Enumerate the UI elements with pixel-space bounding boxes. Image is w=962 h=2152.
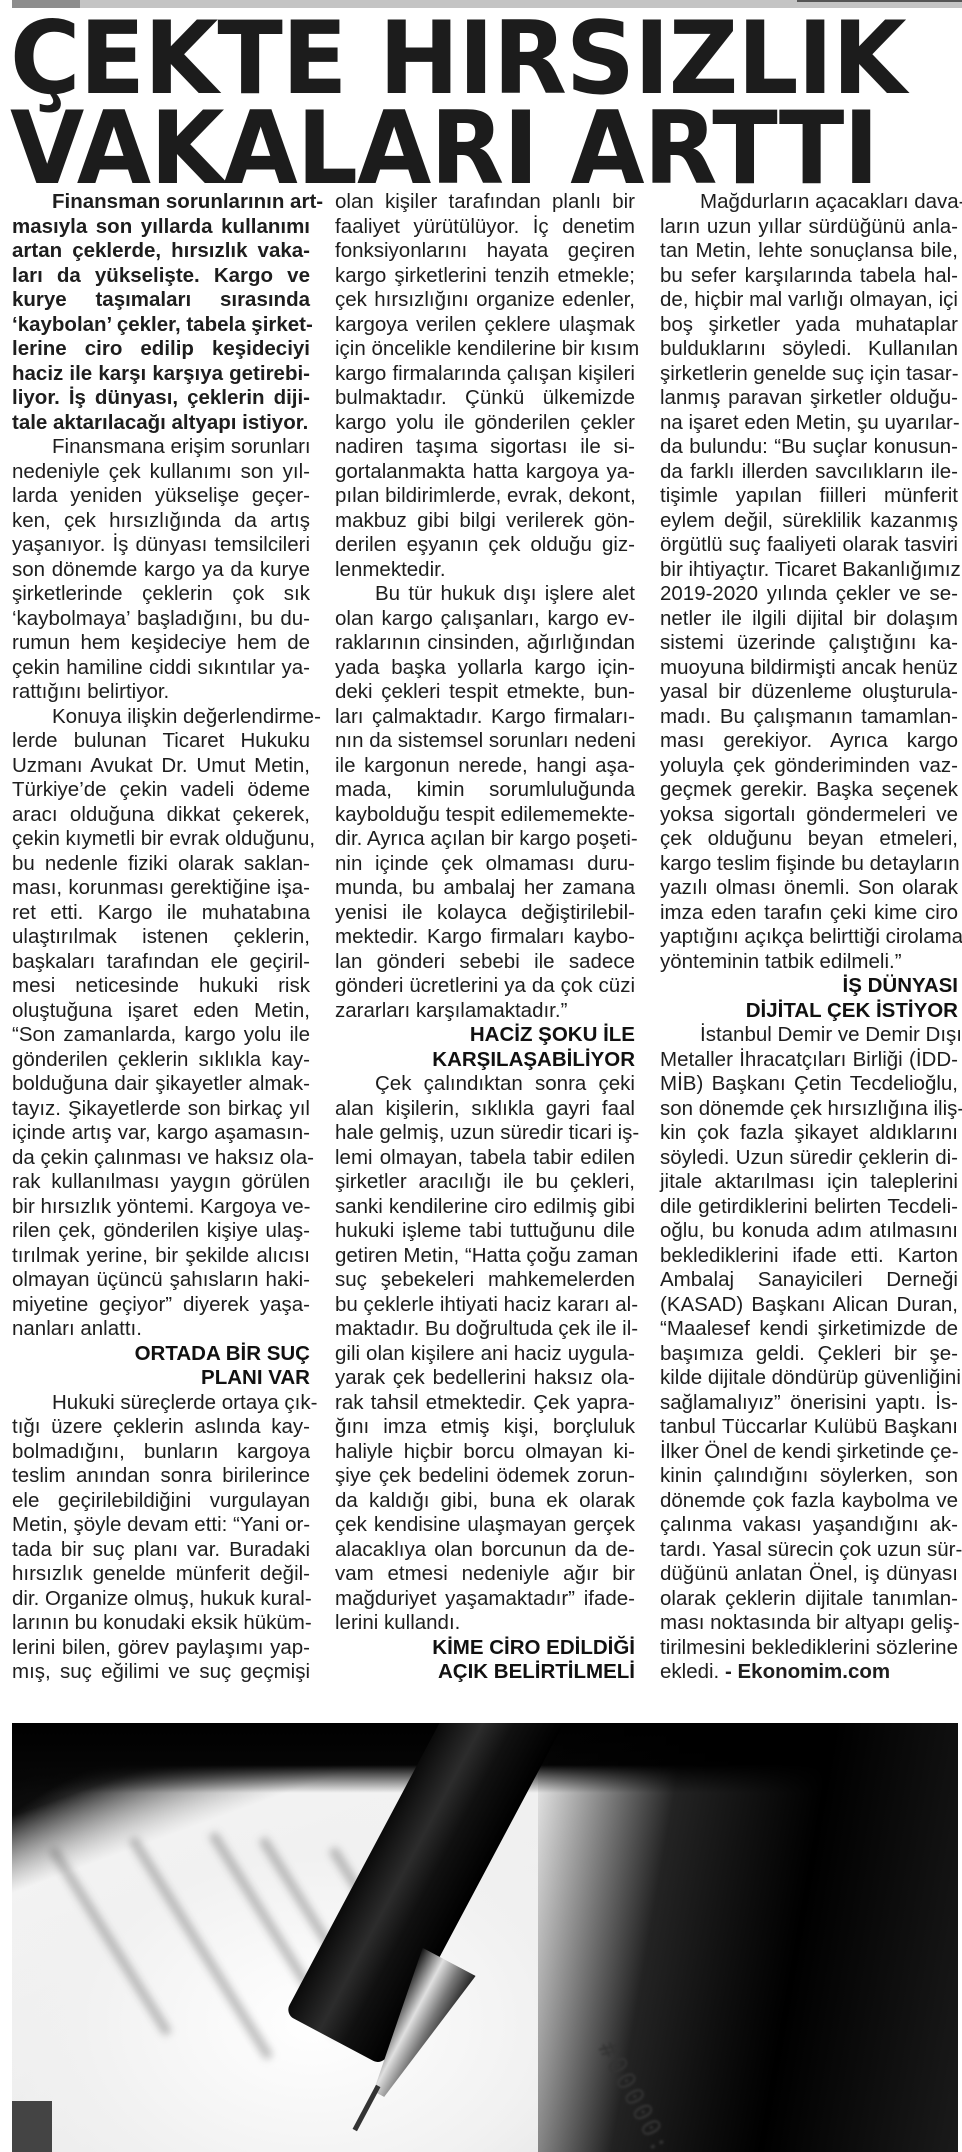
article-column-1: Finansman sorunlarının art-masıyla son y… [12, 190, 310, 1685]
text-line: İlker Önel de kendi şirketinde çe- [660, 1440, 958, 1465]
text-line: tişimle yapılan fiilleri münferit [660, 484, 958, 509]
paragraph: Bu tür hukuk dışı işlere aletolan kargo … [335, 582, 635, 1023]
text-line: rumun hem keşideciye hem de [12, 631, 310, 656]
text-line: çek kendisine ulaşmayan gerçek [335, 1513, 635, 1538]
text-line: da çekin çalınması ve haksız ola- [12, 1146, 310, 1171]
text-line: raklarının cinsinden, ağırlığından [335, 631, 635, 656]
paragraph: Çek çalındıktan sonra çekialan kişilerin… [335, 1072, 635, 1636]
text-line: munda, bu ambalaj her zamana [335, 876, 635, 901]
text-line: rattığını belirtiyor. [12, 680, 310, 705]
text-line: ele geçirilebildiğini vurgulayan [12, 1489, 310, 1514]
text-line: yaptığını açıkça belirttiği cirolama [660, 925, 958, 950]
text-line: getiren Metin, “Hatta çoğu zaman [335, 1244, 635, 1269]
text-line: larda yeniden yükselişe geçer- [12, 484, 310, 509]
text-line: çekin kıymetli bir evrak olduğunu, [12, 827, 310, 852]
subheading-line: KARŞILAŞABİLİYOR [335, 1048, 635, 1073]
text-line: faaliyet yürütülüyor. İç denetim [335, 215, 635, 240]
text-line: sağlamalıyız” önerisini yaptı. İs- [660, 1391, 958, 1416]
text-line: kurye taşımaları sırasında [12, 288, 310, 313]
text-line: bulmaktadır. Çünkü ülkemizde [335, 386, 635, 411]
photo-dark-right [538, 1723, 958, 2152]
text-line: “Maalesef kendi şirketimizde de [660, 1317, 958, 1342]
text-line: bolmadığını, bunların kargoya [12, 1440, 310, 1465]
text-line: İstanbul Demir ve Demir Dışı [660, 1023, 958, 1048]
text-line: bu nedenle fiziki olarak saklan- [12, 852, 310, 877]
text-line: alacaklıya olan borcunun da de- [335, 1538, 635, 1563]
text-line: kargoya verilen çeklere ulaşmak [335, 313, 635, 338]
text-line: kilde dijitale döndürüp güvenliğini [660, 1366, 958, 1391]
text-line: kaybolduğu tespit edilememekte- [335, 803, 635, 828]
text-line: tırılmak yerine, bir şekilde alıcısı [12, 1244, 310, 1269]
text-line: mektedir. Kargo firmaları kaybo- [335, 925, 635, 950]
text-line: tardı. Yasal sürecin çok uzun sür- [660, 1538, 958, 1563]
text-line: masıyla son yıllarda kullanımı [12, 215, 310, 240]
text-line: dile getirdiklerini belirten Tecdeli- [660, 1195, 958, 1220]
text-line: şiye çek bedelini ödemek zorun- [335, 1464, 635, 1489]
text-line: ‘kaybolan’ çekler, tabela şirket- [12, 313, 310, 338]
text-line: lenmektedir. [335, 558, 635, 583]
text-line: ması, korunması gerektiğine işa- [12, 876, 310, 901]
text-line: tanbul Tüccarlar Kulübü Başkanı [660, 1415, 958, 1440]
text-line: dir. Organize olmuş, hukuk kural- [12, 1587, 310, 1612]
text-line: Uzmanı Avukat Dr. Umut Metin, [12, 754, 310, 779]
text-line: MİB) Başkanı Çetin Tecdelioğlu, [660, 1072, 958, 1097]
text-line: hale gelmiş, uzun süredir ticari iş- [335, 1121, 635, 1146]
subheading-line: İŞ DÜNYASI [660, 974, 958, 999]
text-line: Metaller İhracatçıları Birliği (İDD- [660, 1048, 958, 1073]
text-line: “Son zamanlarda, kargo yolu ile [12, 1023, 310, 1048]
text-line: nin içinde çek olmaması duru- [335, 852, 635, 877]
text-line: yazılı olması önemli. Son olarak [660, 876, 958, 901]
text-line: ken, çek hırsızlığında da artış [12, 509, 310, 534]
subheading-line: HACİZ ŞOKU İLE [335, 1023, 635, 1048]
text-line: ret etti. Kargo ile muhatabına [12, 901, 310, 926]
text-line: başımıza geldi. Çekleri bir şe- [660, 1342, 958, 1367]
text-line: söyledi. Uzun süredir çeklerin di- [660, 1146, 958, 1171]
text-line: şirketlerin genelde suç için tasar- [660, 362, 958, 387]
text-line: lerini kullandı. [335, 1611, 635, 1636]
text-line: bu sefer karşılarında tabela hal- [660, 264, 958, 289]
text-line: maktadır. Bu doğrultuda çek ile il- [335, 1317, 635, 1342]
text-line: nın da sistemsel sorunları nedeni [335, 729, 635, 754]
text-line: gönderi ücretlerini ya da çok cüzi [335, 974, 635, 999]
text-line: fonksiyonlarını hayata geçiren [335, 239, 635, 264]
text-line: yoksa sigortalı göndermeleri ve [660, 803, 958, 828]
text-line: hırsızlık genelde münferit değil- [12, 1562, 310, 1587]
text-line: Konuya ilişkin değerlendirme- [12, 705, 310, 730]
text-line: da farklı illerden savcılıkların ile- [660, 460, 958, 485]
text-line: lerine ciro edilip keşideciyi [12, 337, 310, 362]
text-line: lan gönderi sebebi ile sadece [335, 950, 635, 975]
text-line: nadiren taşıma sigortası ile si- [335, 435, 635, 460]
text-line: olarak çeklerin dijitale tanımlan- [660, 1587, 958, 1612]
text-line: ile kargonun nerede, hangi aşa- [335, 754, 635, 779]
subheading-line: DİJİTAL ÇEK İSTİYOR [660, 999, 958, 1024]
text-line: tirilmesini beklediklerini sözlerine [660, 1636, 958, 1661]
text-line: tada bir suç planı var. Buradaki [12, 1538, 310, 1563]
text-line: çekin hamiline ciddi sıkıntılar ya- [12, 656, 310, 681]
text-line: sanki kendilerine ciro edilmiş gibi [335, 1195, 635, 1220]
text-line: gönderilen çeklerin sıklıkla kay- [12, 1048, 310, 1073]
text-line: muoyuna bildirmişti ancak henüz [660, 656, 958, 681]
photo-blur-text [128, 1835, 274, 2061]
text-line: ulaştırılmak istenen çeklerin, [12, 925, 310, 950]
text-line: Bu tür hukuk dışı işlere alet [335, 582, 635, 607]
text-line: rak tahsil etmektedir. Çek yapra- [335, 1391, 635, 1416]
text-line: mada, kimin sorumluluğunda [335, 778, 635, 803]
text-line: da kaldığı gibi, buna ek olarak [335, 1489, 635, 1514]
text-line: için öncelikle kendilerine bir kısım [335, 337, 635, 362]
text-line: rilen çek, gönderilen kişiye ulaş- [12, 1219, 310, 1244]
text-line: yasal bir düzenleme oluşturula- [660, 680, 958, 705]
text-line: çek hırsızlığını organize edenler, [335, 288, 635, 313]
closing-text: ekledi. [660, 1660, 719, 1683]
subheading-line: PLANI VAR [12, 1366, 310, 1391]
text-line: şirketlerinde çeklerin çok sık [12, 582, 310, 607]
text-line: dir. Ayrıca açılan bir kargo poşeti- [335, 827, 635, 852]
text-line: madı. Bu çalışmanın tamamlan- [660, 705, 958, 730]
article-column-3: Mağdurların açacakları dava-ların uzun y… [660, 190, 958, 1685]
text-line: içinde artış var, kargo aşamasın- [12, 1121, 310, 1146]
text-line: makbuz gibi bilgi verilerek gön- [335, 509, 635, 534]
text-line: haciz ile karşı karşıya getirebi- [12, 362, 310, 387]
text-line: ları da yükselişte. Kargo ve [12, 264, 310, 289]
text-line: larının bu konudaki eksik hüküm- [12, 1611, 310, 1636]
text-line: mış, suç eğilimi ve suç geçmişi [12, 1660, 310, 1685]
text-line: teslim anından sonra birilerince [12, 1464, 310, 1489]
text-line: yönteminin tatbik edilmeli.” [660, 950, 958, 975]
lead-paragraph: Finansman sorunlarının art-masıyla son y… [12, 190, 310, 435]
text-line: Finansmana erişim sorunları [12, 435, 310, 460]
text-line: son dönemde kargo ya da kurye [12, 558, 310, 583]
text-line: liyor. İş dünyası, çeklerin diji- [12, 386, 310, 411]
text-line: aracı olduğuna dikkat çekerek, [12, 803, 310, 828]
text-line: deki çekleri tespit etmekte, bun- [335, 680, 635, 705]
text-line: yada başka yollarla kargo için- [335, 656, 635, 681]
text-line: suç şebekeleri mahkemelerden [335, 1268, 635, 1293]
text-line: yoluyla çek gönderiminden vaz- [660, 754, 958, 779]
text-line: nanları anlattı. [12, 1317, 310, 1342]
text-line: vam etmesi nedeniyle ağır bir [335, 1562, 635, 1587]
text-line: da bulundu: “Bu suçlar konusun- [660, 435, 958, 460]
paragraph: Mağdurların açacakları dava-ların uzun y… [660, 190, 958, 974]
text-line: yarak çek bedellerini haksız ola- [335, 1366, 635, 1391]
text-line: ğını imza etmiş kişi, borçluluk [335, 1415, 635, 1440]
paragraph: olan kişiler tarafından planlı birfaaliy… [335, 190, 635, 582]
text-line: olan kargo çalışanları, kargo ev- [335, 607, 635, 632]
subheading-line: ORTADA BİR SUÇ [12, 1342, 310, 1367]
text-line: ların uzun yıllar sürdüğünü anla- [660, 215, 958, 240]
text-line: olan kişiler tarafından planlı bir [335, 190, 635, 215]
text-line: de, hiçbir mal varlığı olmayan, içi [660, 288, 958, 313]
text-line: bu çeklerle ihtiyati haciz kararı al- [335, 1293, 635, 1318]
text-line: kargo teslim fişinde bu detayların [660, 852, 958, 877]
text-line: boş şirketler yada muhataplar [660, 313, 958, 338]
text-line: bir hırsızlık yöntemi. Kargoya ve- [12, 1195, 310, 1220]
text-line: netler ile ilgili dijital bir dolaşım [660, 607, 958, 632]
text-line: şirketler aracılığı ile bu çekleri, [335, 1170, 635, 1195]
text-line: Mağdurların açacakları dava- [660, 190, 958, 215]
text-line: başkaları tarafından ele geçiril- [12, 950, 310, 975]
text-line: oğlu, bu konuda adım atılmasını [660, 1219, 958, 1244]
text-line: Türkiye’de çekin vadeli ödeme [12, 778, 310, 803]
text-line: yenisi ile kolayca değiştirilebil- [335, 901, 635, 926]
text-line: gili olan kişilere ani haciz uygula- [335, 1342, 635, 1367]
text-line: Hukuki süreçlerde ortaya çık- [12, 1391, 310, 1416]
text-line: artan çeklerde, hırsızlık vaka- [12, 239, 310, 264]
text-line: (KASAD) Başkanı Alican Duran, [660, 1293, 958, 1318]
text-line: ması gerekiyor. Ayrıca kargo [660, 729, 958, 754]
text-line: sistemi üzerinde çalıştığını ka- [660, 631, 958, 656]
text-line: örgütlü suç faaliyeti olarak tasviri [660, 533, 958, 558]
text-line: lerde bulunan Ticaret Hukuku [12, 729, 310, 754]
headline: ÇEKTE HIRSIZLIK VAKALARI ARTTI [10, 14, 960, 188]
subheading: HACİZ ŞOKU İLE KARŞILAŞABİLİYOR [335, 1023, 635, 1072]
text-line: kargo yolu ile gönderilen çekler [335, 411, 635, 436]
text-line: tale aktarılacağı altyapı istiyor. [12, 411, 310, 436]
source-credit: - Ekonomim.com [725, 1660, 890, 1683]
subheading: KİME CİRO EDİLDİĞİ AÇIK BELİRTİLMELİ [335, 1636, 635, 1685]
text-line: bulduklarını söyledi. Kullanılan [660, 337, 958, 362]
text-line: lanmış paravan şirketler olduğu- [660, 386, 958, 411]
article-column-2: olan kişiler tarafından planlı birfaaliy… [335, 190, 635, 1685]
text-line: kin çok fazla şikayet aldıklarını [660, 1121, 958, 1146]
text-line: tan Metin, lehte sonuçlansa bile, [660, 239, 958, 264]
text-line: kargo firmalarında çalışan kişileri [335, 362, 635, 387]
text-line: Ambalaj Sanayicileri Derneği [660, 1268, 958, 1293]
text-line: Çek çalındıktan sonra çeki [335, 1072, 635, 1097]
text-line: na işaret eden Metin, şu uyarılar- [660, 411, 958, 436]
text-line: lemi olmayan, tabela tabir edilen [335, 1146, 635, 1171]
text-line: kinin çalındığını söylerken, son [660, 1464, 958, 1489]
text-line: bolduğuna dair şikayetler almak- [12, 1072, 310, 1097]
text-line: rak kullanılması yaygın görülen [12, 1170, 310, 1195]
text-line: pılan bildirimlerde, evrak, dekont, [335, 484, 635, 509]
text-line: mağduriyet yaşamaktadır” ifade- [335, 1587, 635, 1612]
text-line: gortalanmakta hatta kargoya ya- [335, 460, 635, 485]
text-line: nedeniyle çek kullanımı son yıl- [12, 460, 310, 485]
text-line: tayız. Şikayetlerde son birkaç yıl [12, 1097, 310, 1122]
text-line: hukuki işleme tabi tuttuğunu dile [335, 1219, 635, 1244]
text-line: ‘kaybolmaya’ başladığını, bu du- [12, 607, 310, 632]
text-line: son dönemde çek hırsızlığına iliş- [660, 1097, 958, 1122]
article-photo: #00000: [12, 1723, 958, 2152]
subheading: ORTADA BİR SUÇ PLANI VAR [12, 1342, 310, 1391]
text-line: düğünü anlatan Önel, iş dünyası [660, 1562, 958, 1587]
text-line: bir ihtiyaçtır. Ticaret Bakanlığımız [660, 558, 958, 583]
text-line: beklediklerini ifade etti. Karton [660, 1244, 958, 1269]
text-line: imza eden tarafın çeki kime ciro [660, 901, 958, 926]
text-line: kargo şirketlerini tenzih etmekle; [335, 264, 635, 289]
text-line: jitale aktarılması için taleplerini [660, 1170, 958, 1195]
closing-line: ekledi. - Ekonomim.com [660, 1660, 958, 1685]
text-line: alan kişilerin, sıklıkla gayri faal [335, 1097, 635, 1122]
text-line: geçmek gerekir. Başka seçenek [660, 778, 958, 803]
text-line: çek olduğunu beyan etmeleri, [660, 827, 958, 852]
text-line: ması noktasında bir altyapı geliş- [660, 1611, 958, 1636]
paragraph: İstanbul Demir ve Demir DışıMetaller İhr… [660, 1023, 958, 1660]
text-line: olmayan üçüncü şahısların haki- [12, 1268, 310, 1293]
text-line: mesi neticesinde hukuki risk [12, 974, 310, 999]
text-line: eylem değil, süreklilik kazanmış [660, 509, 958, 534]
pen-tip [353, 2085, 381, 2131]
paragraph: Konuya ilişkin değerlendirme-lerde bulun… [12, 705, 310, 1342]
text-line: zararları karşılamaktadır.” [335, 999, 635, 1024]
text-line: Metin, şöyle devam etti: “Yani or- [12, 1513, 310, 1538]
text-line: 2019-2020 yılında çekler ve se- [660, 582, 958, 607]
headline-line-2: VAKALARI ARTTI [10, 104, 960, 192]
text-line: oluştuğuna işaret eden Metin, [12, 999, 310, 1024]
text-line: yaşanıyor. İş dünyası temsilcileri [12, 533, 310, 558]
text-line: çalınma vakası yaşandığını ak- [660, 1513, 958, 1538]
text-line: Finansman sorunlarının art- [12, 190, 310, 215]
text-line: lerini bilen, görev paylaşımı yap- [12, 1636, 310, 1661]
subheading-line: KİME CİRO EDİLDİĞİ [335, 1636, 635, 1661]
paragraph: Hukuki süreçlerde ortaya çık-tığı üzere … [12, 1391, 310, 1685]
subheading-line: AÇIK BELİRTİLMELİ [335, 1660, 635, 1685]
cheque-corner-mark [12, 2101, 52, 2152]
text-line: haliyle hiçbir borcu olmayan ki- [335, 1440, 635, 1465]
text-line: tığı üzere çeklerin aslında kay- [12, 1415, 310, 1440]
text-line: miyetine geçiyor” diyerek yaşa- [12, 1293, 310, 1318]
paragraph: Finansmana erişim sorunlarınedeniyle çek… [12, 435, 310, 705]
text-line: ları çalmaktadır. Kargo firmaları- [335, 705, 635, 730]
subheading: İŞ DÜNYASI DİJİTAL ÇEK İSTİYOR [660, 974, 958, 1023]
text-line: dönemde çok fazla kaybolma ve [660, 1489, 958, 1514]
text-line: derilen eşyanın çek olduğu giz- [335, 533, 635, 558]
